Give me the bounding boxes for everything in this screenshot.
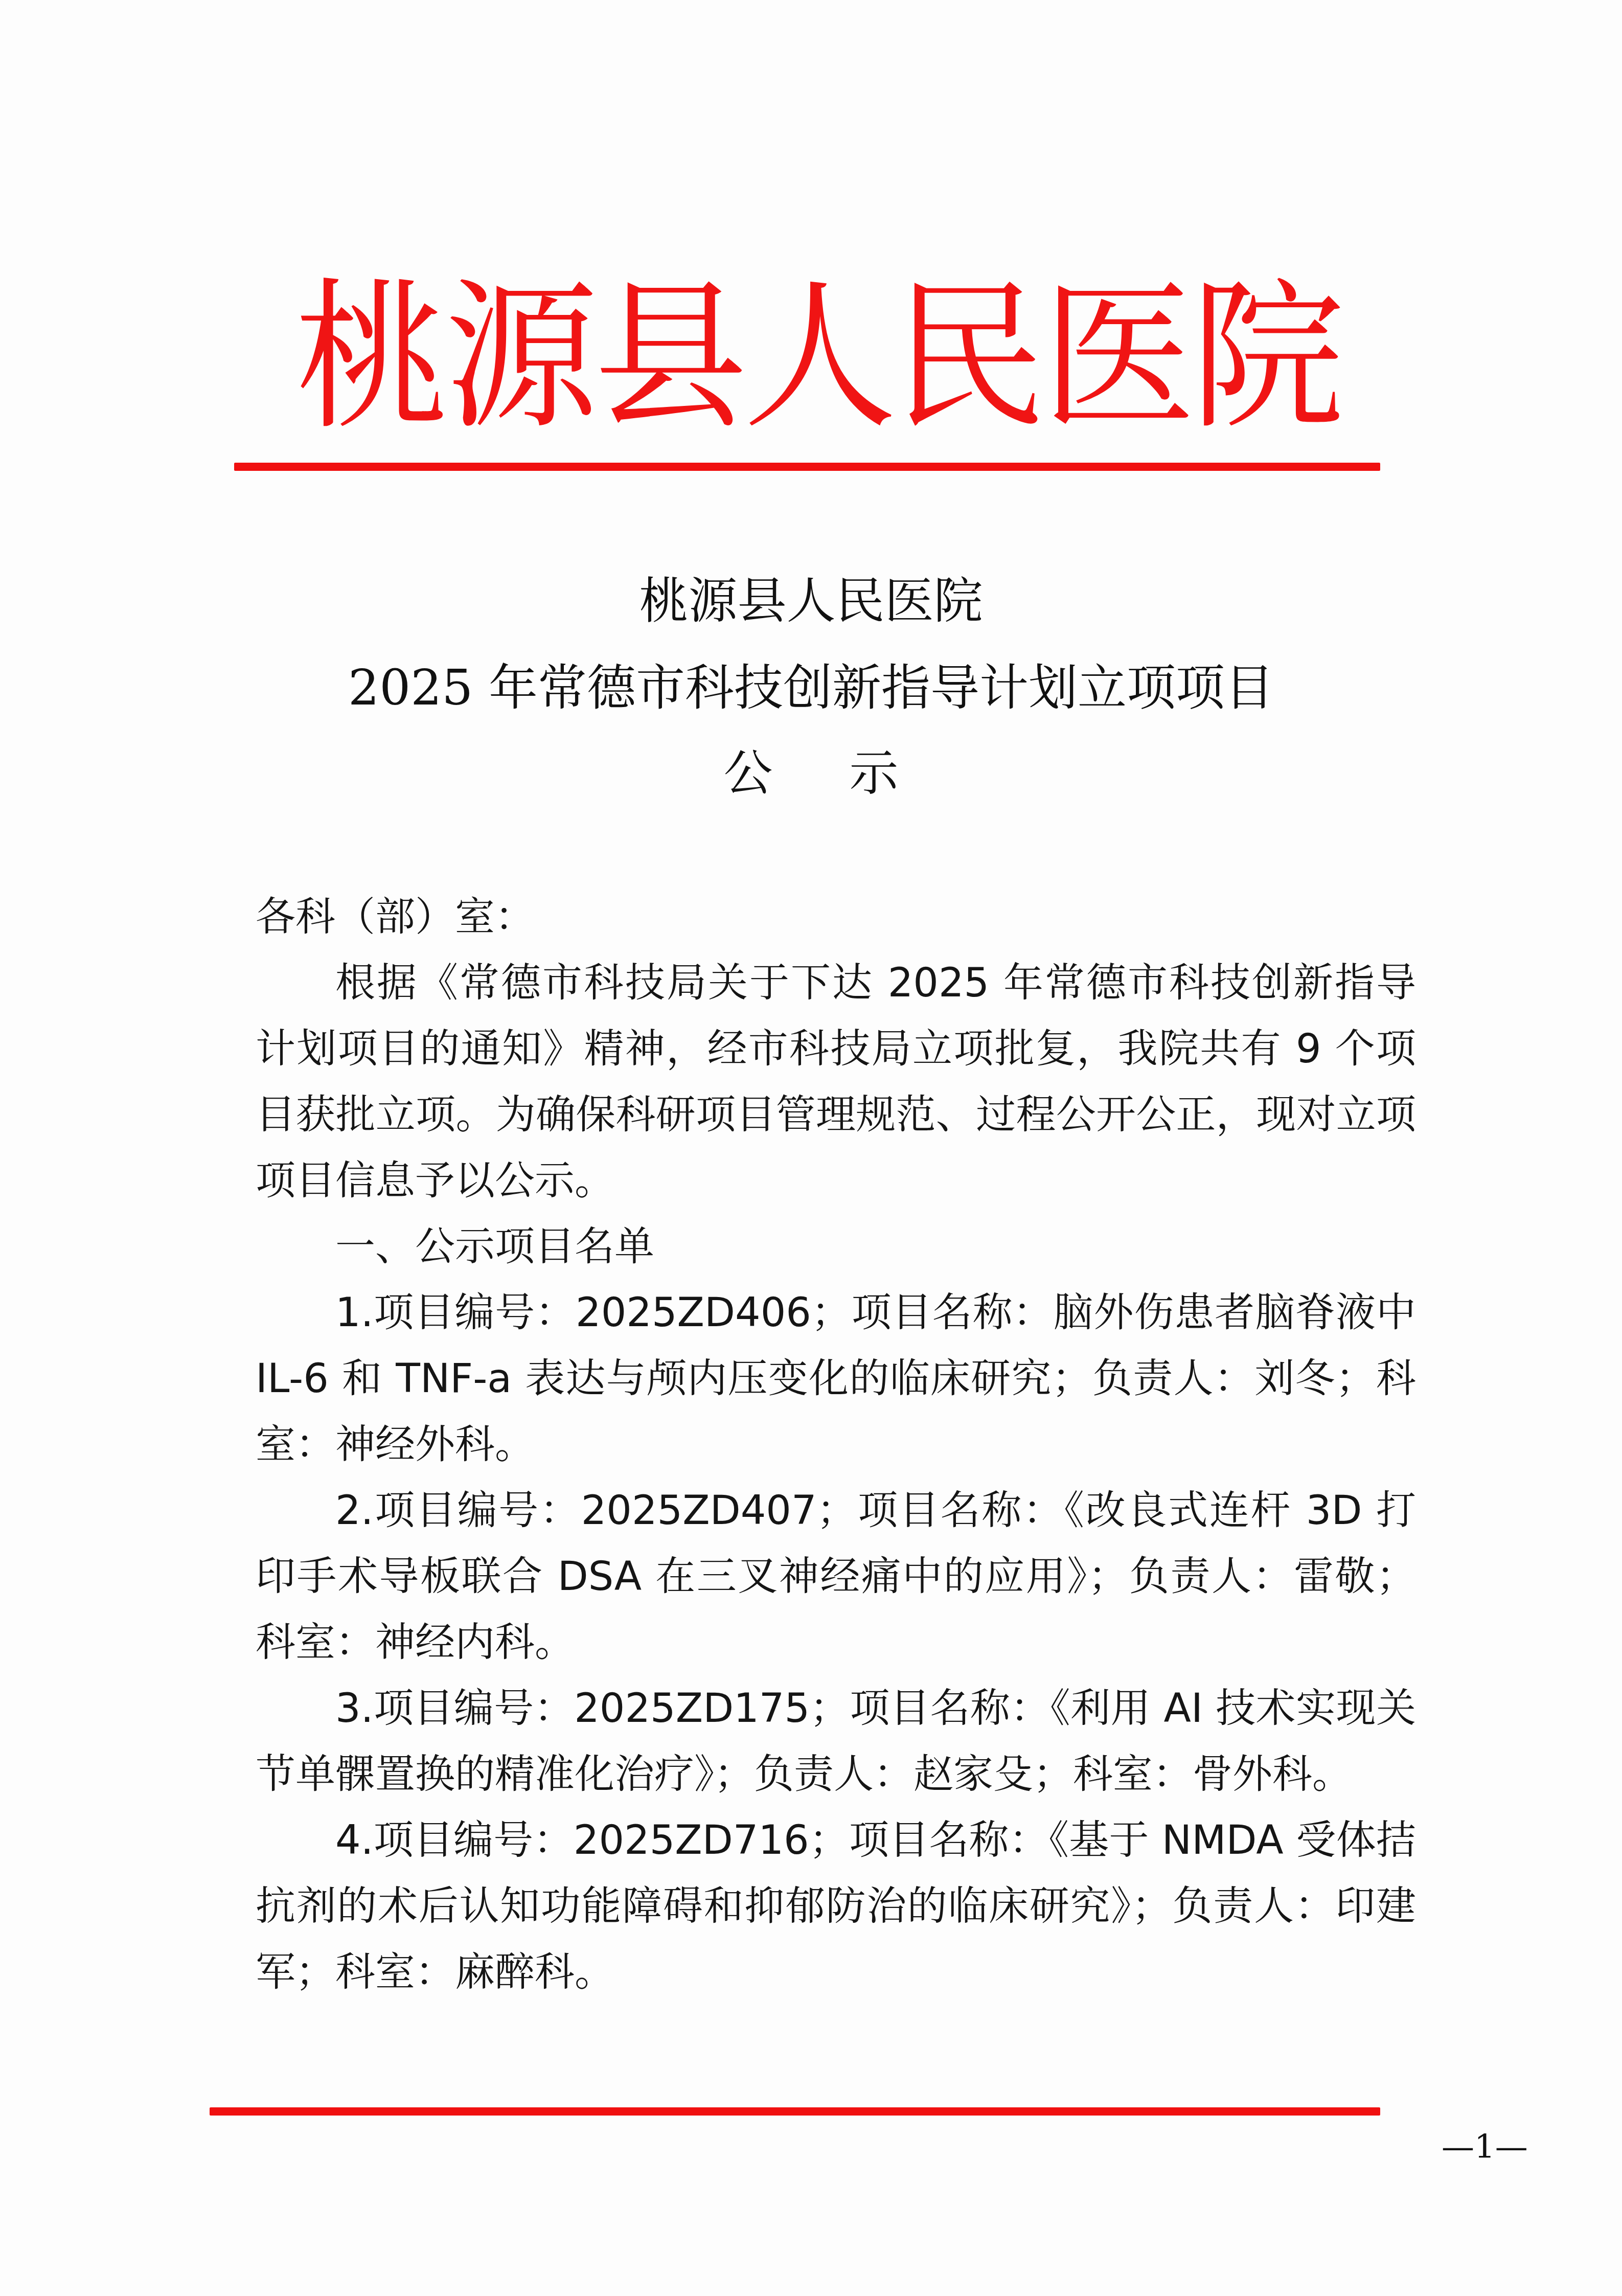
title-line-notice: 公示 (0, 742, 1622, 804)
project-item: 1.项目编号：2025ZD406；项目名称：脑外伤患者脑脊液中 IL-6 和 T… (256, 1280, 1416, 1478)
project-item: 2.项目编号：2025ZD407；项目名称：《改良式连杆 3D 打印手术导板联合… (256, 1478, 1416, 1676)
masthead-red-rule (234, 463, 1380, 471)
footer-red-rule (210, 2107, 1380, 2116)
project-item: 4.项目编号：2025ZD716；项目名称：《基于 NMDA 受体拮抗剂的术后认… (256, 1808, 1416, 2006)
document-page: 桃源县人民医院 桃源县人民医院 2025 年常德市科技创新指导计划立项项目 公示… (0, 0, 1622, 2296)
intro-paragraph: 根据《常德市科技局关于下达 2025 年常德市科技创新指导计划项目的通知》精神，… (256, 950, 1416, 1214)
title-line-hospital: 桃源县人民医院 (0, 570, 1622, 631)
salutation: 各科（部）室： (256, 884, 1416, 950)
masthead-hospital-name: 桃源县人民医院 (286, 261, 1350, 454)
page-number: —1— (1442, 2127, 1528, 2168)
section-heading: 一、公示项目名单 (256, 1214, 1416, 1280)
project-item: 3.项目编号：2025ZD175；项目名称：《利用 AI 技术实现关节单髁置换的… (256, 1676, 1416, 1808)
document-body: 各科（部）室： 根据《常德市科技局关于下达 2025 年常德市科技创新指导计划项… (256, 884, 1416, 2006)
title-line-plan: 2025 年常德市科技创新指导计划立项项目 (0, 657, 1622, 718)
